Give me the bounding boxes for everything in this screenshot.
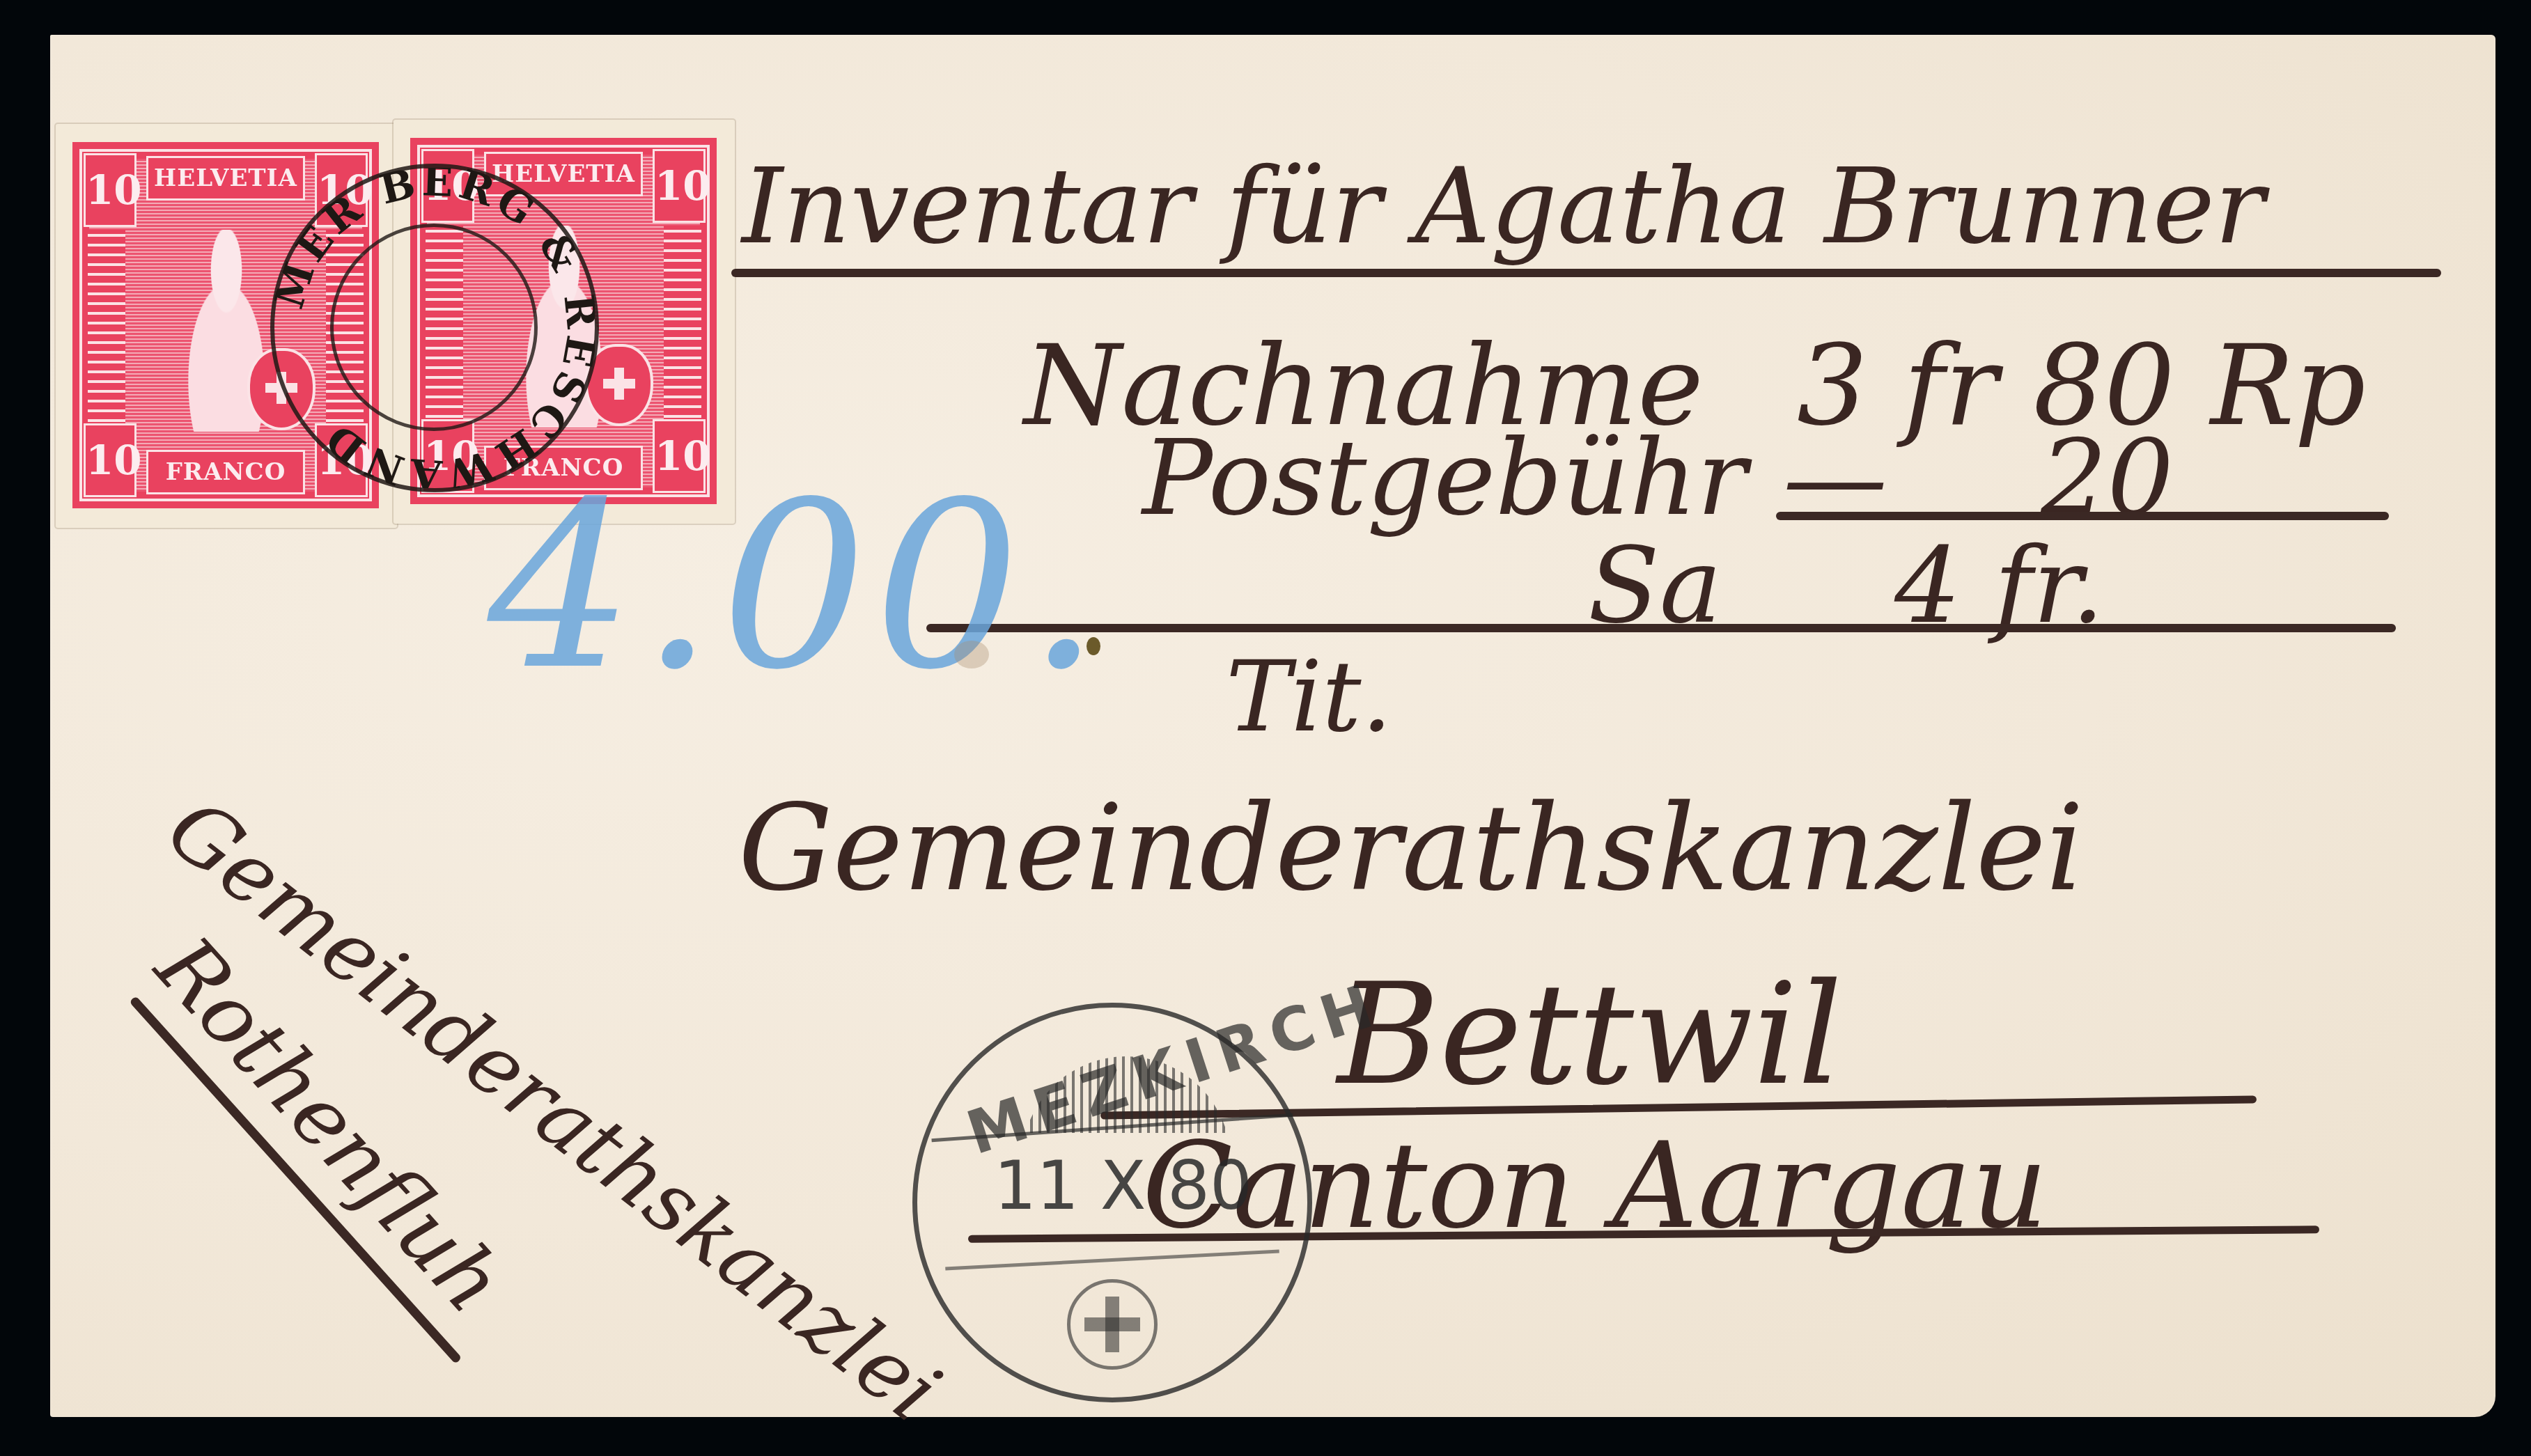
arrival-postmark: MEZKIRCH 11 X 80	[912, 1003, 1312, 1402]
sum-rule	[1776, 512, 2389, 520]
postmark-date: 11 X 80	[994, 1147, 1252, 1225]
double-circle-cancel: MER BERG & RESCHWAND	[270, 164, 599, 492]
underline	[731, 269, 2441, 277]
stain	[954, 641, 989, 668]
ink-dot	[1087, 637, 1100, 655]
fee-label: Postgebühr	[1142, 418, 1747, 539]
cancel-lettering: MER BERG & RESCHWAND	[274, 168, 595, 488]
postmark-bar	[945, 1249, 1279, 1270]
fee-amount: 20	[2041, 418, 2174, 539]
svg-text:MER BERG & RESCHWAND: MER BERG & RESCHWAND	[274, 168, 595, 488]
fee-dash: —	[1783, 418, 1887, 539]
ornament	[88, 230, 125, 439]
underline	[926, 624, 2396, 632]
ornament	[664, 226, 701, 435]
inventory-note: Inventar für Agatha Brunner	[742, 146, 2265, 267]
denomination: 10	[84, 153, 137, 227]
denomination: 10	[84, 423, 137, 497]
salutation: Tit.	[1226, 641, 1392, 754]
swiss-cross-icon	[1067, 1279, 1158, 1370]
blue-crayon-amount: 4.00.	[488, 453, 1107, 720]
denomination: 10	[653, 149, 706, 223]
destination-town: Bettwil	[1337, 954, 1842, 1116]
addressee: Gemeinderathskanzlei	[738, 780, 2084, 918]
